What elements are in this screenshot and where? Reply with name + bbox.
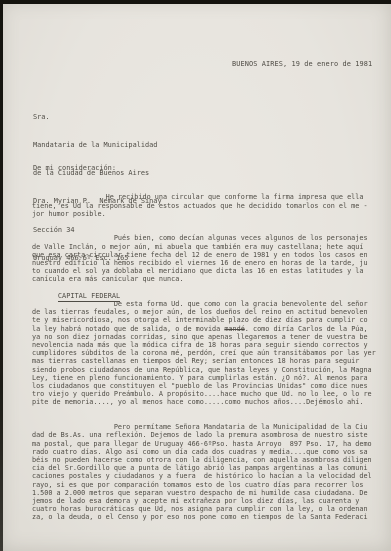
scan-edge-top: [0, 0, 391, 4]
letter-body: He recibido una circular que conforme la…: [32, 177, 384, 538]
scan-edge-left: [0, 0, 3, 551]
salutation: De mi consideración:: [33, 164, 116, 172]
paragraph-3-text-after: . como diría Carlos de la Púa, ya no son…: [32, 325, 376, 407]
body-paragraph-3: De esta forma Ud. que como con la gracia…: [32, 300, 384, 407]
recipient-line-title: Mandataria de la Municipalidad: [33, 141, 162, 150]
letter-page: BUENOS AIRES, 19 de enero de 1981 Sra. M…: [0, 0, 391, 551]
date-line: BUENOS AIRES, 19 de enero de 1981: [232, 60, 372, 68]
recipient-line-salutation-abbrev: Sra.: [33, 113, 162, 122]
body-paragraph-4: Pero permítame Señora Mandataria de la M…: [32, 423, 384, 521]
body-paragraph-1: He recibido una circular que conforme la…: [32, 193, 384, 218]
body-paragraph-2: Pués bien, como decían algunas veces alg…: [32, 234, 384, 283]
strikethrough-word: mandé: [224, 325, 244, 333]
